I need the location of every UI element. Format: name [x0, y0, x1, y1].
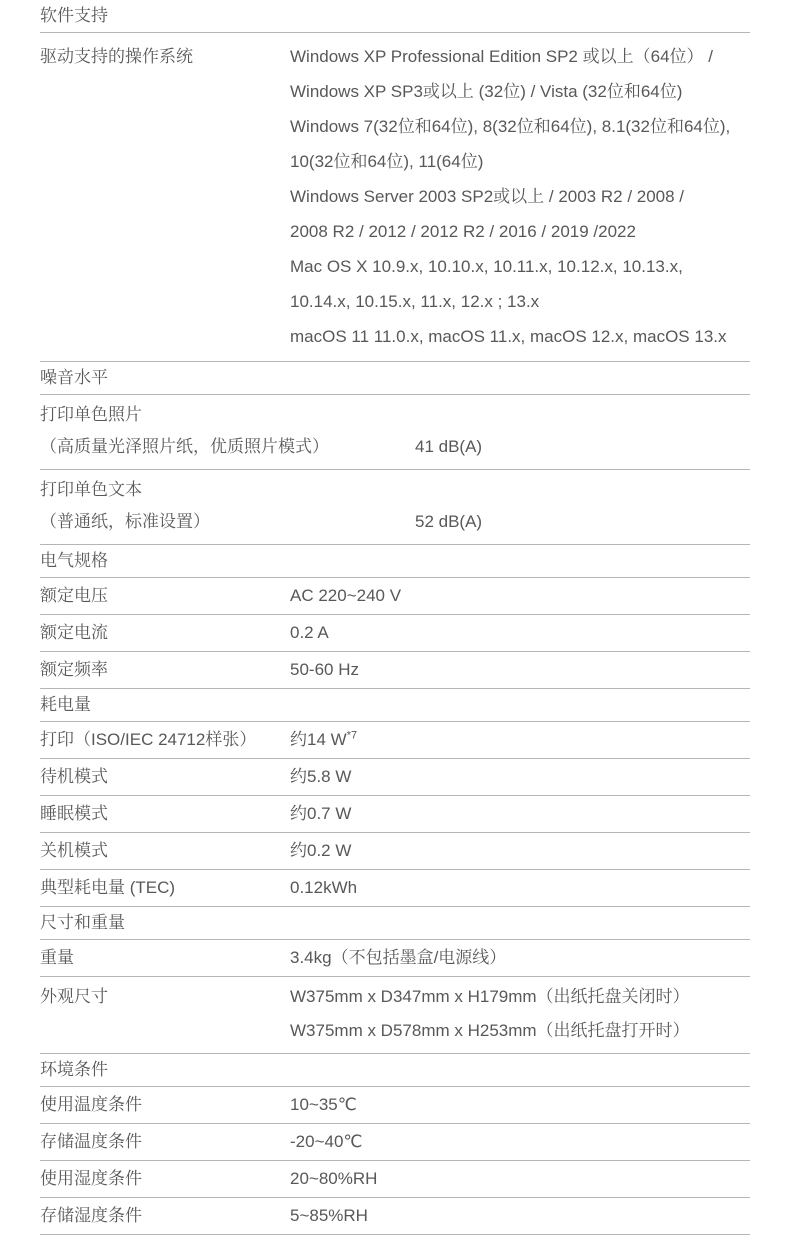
row-label: 关机模式	[40, 841, 290, 860]
dimension-line: W375mm x D347mm x H179mm（出纸托盘关闭时）	[290, 980, 750, 1014]
table-row-sleep-power: 睡眠模式 约0.7 W	[40, 796, 750, 833]
table-row-weight: 重量 3.4kg（不包括墨盒/电源线）	[40, 940, 750, 977]
row-label: 使用温度条件	[40, 1095, 290, 1114]
row-label: 打印单色文本 （普通纸，标准设置）	[40, 474, 415, 538]
row-value: 0.12kWh	[290, 878, 750, 897]
section-row-power-consumption: 耗电量	[40, 689, 750, 722]
table-row-noise-photo: 打印单色照片 （高质量光泽照片纸，优质照片模式） 41 dB(A)	[40, 395, 750, 470]
table-row-standby-power: 待机模式 约5.8 W	[40, 759, 750, 796]
row-value: 约14 W*7	[290, 730, 750, 749]
row-label: 打印（ISO/IEC 24712样张）	[40, 730, 290, 749]
section-title: 尺寸和重量	[40, 913, 125, 932]
row-label: 重量	[40, 948, 290, 967]
os-line: Windows XP Professional Edition SP2 或以上（…	[290, 39, 750, 74]
row-label: 外观尺寸	[40, 980, 290, 1014]
row-label: 典型耗电量 (TEC)	[40, 878, 290, 897]
section-title: 软件支持	[40, 6, 108, 25]
row-label: 额定电流	[40, 623, 290, 642]
row-value: 约0.7 W	[290, 804, 750, 823]
row-label: 驱动支持的操作系统	[40, 39, 290, 74]
table-row-noise-text: 打印单色文本 （普通纸，标准设置） 52 dB(A)	[40, 470, 750, 545]
noise-label: 打印单色文本	[40, 474, 415, 506]
section-row-noise-level: 噪音水平	[40, 362, 750, 395]
row-label: 存储湿度条件	[40, 1206, 290, 1225]
table-row-operating-temperature: 使用温度条件 10~35℃	[40, 1087, 750, 1124]
table-row-rated-current: 额定电流 0.2 A	[40, 615, 750, 652]
noise-condition: （普通纸，标准设置）	[40, 506, 415, 538]
os-line: 10(32位和64位), 11(64位)	[290, 144, 750, 179]
table-row-supported-os: 驱动支持的操作系统 Windows XP Professional Editio…	[40, 33, 750, 362]
table-row-rated-voltage: 额定电压 AC 220~240 V	[40, 578, 750, 615]
table-row-operating-humidity: 使用湿度条件 20~80%RH	[40, 1161, 750, 1198]
row-value: 50-60 Hz	[290, 660, 750, 679]
row-value: 0.2 A	[290, 623, 750, 642]
table-row-tec: 典型耗电量 (TEC) 0.12kWh	[40, 870, 750, 907]
os-line: macOS 11 11.0.x, macOS 11.x, macOS 12.x,…	[290, 319, 750, 354]
section-row-dimensions-weight: 尺寸和重量	[40, 907, 750, 940]
row-value: AC 220~240 V	[290, 586, 750, 605]
table-row-storage-humidity: 存储湿度条件 5~85%RH	[40, 1198, 750, 1235]
row-value: 约5.8 W	[290, 767, 750, 786]
row-value: 52 dB(A)	[415, 506, 482, 538]
row-value: 约0.2 W	[290, 841, 750, 860]
row-value: Windows XP Professional Edition SP2 或以上（…	[290, 39, 750, 354]
spec-table: 软件支持 驱动支持的操作系统 Windows XP Professional E…	[40, 0, 750, 1235]
os-line: Mac OS X 10.9.x, 10.10.x, 10.11.x, 10.12…	[290, 249, 750, 284]
os-line: Windows Server 2003 SP2或以上 / 2003 R2 / 2…	[290, 179, 750, 214]
noise-label: 打印单色照片	[40, 399, 415, 431]
row-value: 3.4kg（不包括墨盒/电源线）	[290, 948, 750, 967]
row-value: 10~35℃	[290, 1095, 750, 1114]
os-line: 10.14.x, 10.15.x, 11.x, 12.x ; 13.x	[290, 284, 750, 319]
row-label: 额定电压	[40, 586, 290, 605]
row-value: W375mm x D347mm x H179mm（出纸托盘关闭时） W375mm…	[290, 980, 750, 1048]
section-row-environment: 环境条件	[40, 1054, 750, 1087]
row-label: 额定频率	[40, 660, 290, 679]
table-row-printing-power: 打印（ISO/IEC 24712样张） 约14 W*7	[40, 722, 750, 759]
table-row-exterior-dimensions: 外观尺寸 W375mm x D347mm x H179mm（出纸托盘关闭时） W…	[40, 977, 750, 1054]
row-value: 20~80%RH	[290, 1169, 750, 1188]
table-row-storage-temperature: 存储温度条件 -20~40℃	[40, 1124, 750, 1161]
dimension-line: W375mm x D578mm x H253mm（出纸托盘打开时）	[290, 1014, 750, 1048]
table-row-rated-frequency: 额定频率 50-60 Hz	[40, 652, 750, 689]
row-label: 睡眠模式	[40, 804, 290, 823]
section-title: 电气规格	[40, 551, 108, 570]
section-row-software-support: 软件支持	[40, 0, 750, 33]
row-value: 5~85%RH	[290, 1206, 750, 1225]
table-row-off-power: 关机模式 约0.2 W	[40, 833, 750, 870]
section-row-electrical: 电气规格	[40, 545, 750, 578]
os-line: Windows 7(32位和64位), 8(32位和64位), 8.1(32位和…	[290, 109, 750, 144]
row-label: 使用湿度条件	[40, 1169, 290, 1188]
section-title: 耗电量	[40, 695, 91, 714]
os-line: 2008 R2 / 2012 / 2012 R2 / 2016 / 2019 /…	[290, 214, 750, 249]
row-value: -20~40℃	[290, 1132, 750, 1151]
row-value: 41 dB(A)	[415, 431, 482, 463]
footnote-marker: *7	[347, 729, 357, 741]
os-line: Windows XP SP3或以上 (32位) / Vista (32位和64位…	[290, 74, 750, 109]
section-title: 噪音水平	[40, 368, 108, 387]
row-label: 待机模式	[40, 767, 290, 786]
section-title: 环境条件	[40, 1060, 108, 1079]
noise-condition: （高质量光泽照片纸，优质照片模式）	[40, 431, 415, 463]
power-value: 约14 W	[290, 730, 347, 749]
row-label: 存储温度条件	[40, 1132, 290, 1151]
row-label: 打印单色照片 （高质量光泽照片纸，优质照片模式）	[40, 399, 415, 463]
